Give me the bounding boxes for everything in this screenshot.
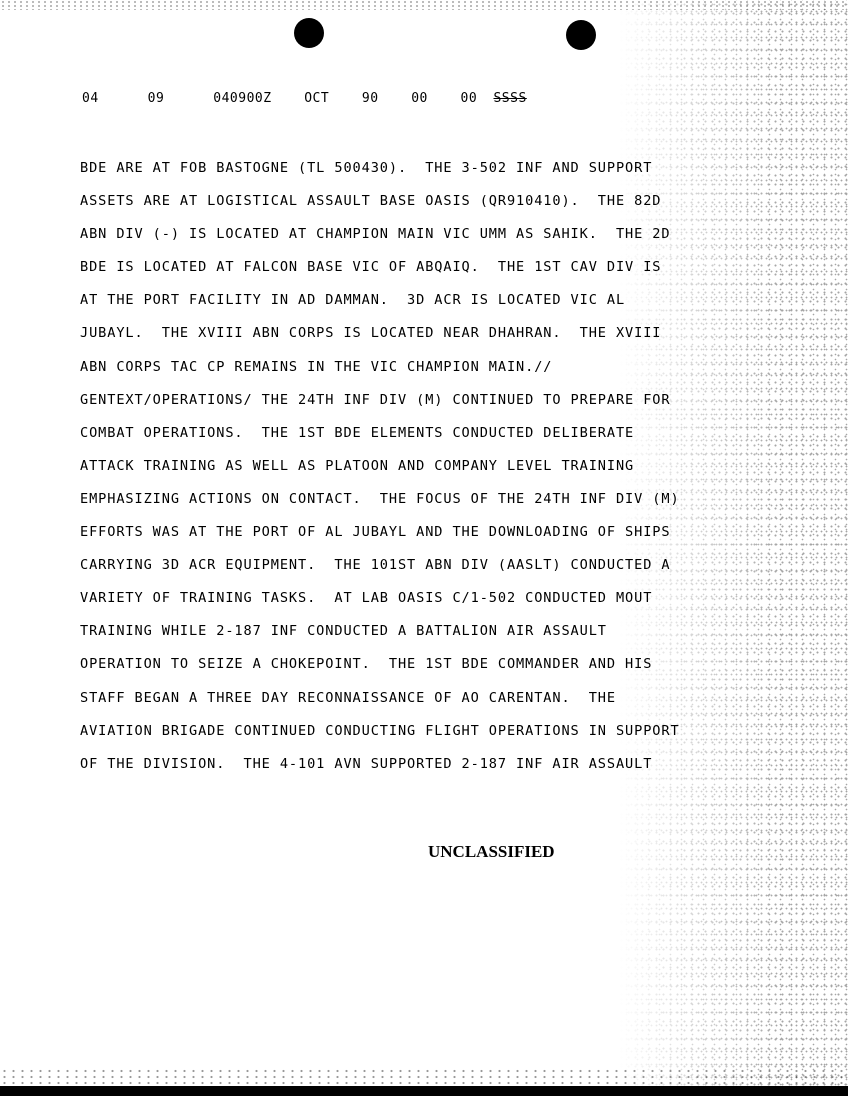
body-line: VARIETY OF TRAINING TASKS. AT LAB OASIS … [80,582,760,615]
body-line: ASSETS ARE AT LOGISTICAL ASSAULT BASE OA… [80,185,760,218]
body-line: EFFORTS WAS AT THE PORT OF AL JUBAYL AND… [80,516,760,549]
body-line: AT THE PORT FACILITY IN AD DAMMAN. 3D AC… [80,284,760,317]
body-line: BDE ARE AT FOB BASTOGNE (TL 500430). THE… [80,152,760,185]
header-field: 09 [148,91,165,106]
body-line: CARRYING 3D ACR EQUIPMENT. THE 101ST ABN… [80,549,760,582]
body-line: COMBAT OPERATIONS. THE 1ST BDE ELEMENTS … [80,417,760,450]
header-field: 00 [411,91,428,106]
message-body: BDE ARE AT FOB BASTOGNE (TL 500430). THE… [80,152,760,781]
header-field-month: OCT [304,91,329,106]
punch-hole-icon [566,20,596,50]
header-field: 00 [461,91,478,106]
body-line: ATTACK TRAINING AS WELL AS PLATOON AND C… [80,450,760,483]
body-line: BDE IS LOCATED AT FALCON BASE VIC OF ABQ… [80,251,760,284]
header-field-dtg: 040900Z [213,91,271,106]
body-line: GENTEXT/OPERATIONS/ THE 24TH INF DIV (M)… [80,384,760,417]
body-line: OPERATION TO SEIZE A CHOKEPOINT. THE 1ST… [80,648,760,681]
body-line: ABN DIV (-) IS LOCATED AT CHAMPION MAIN … [80,218,760,251]
header-struck-field: SSSS [493,91,526,106]
body-line: STAFF BEGAN A THREE DAY RECONNAISSANCE O… [80,682,760,715]
header-field: 04 [82,91,99,106]
classification-marking: UNCLASSIFIED [428,842,555,862]
body-line: AVIATION BRIGADE CONTINUED CONDUCTING FL… [80,715,760,748]
scan-bottom-edge [0,1086,848,1096]
body-line: JUBAYL. THE XVIII ABN CORPS IS LOCATED N… [80,317,760,350]
message-header-line: 04 09 040900Z OCT 90 00 00 SSSS [82,91,527,106]
body-line: EMPHASIZING ACTIONS ON CONTACT. THE FOCU… [80,483,760,516]
header-field-year: 90 [362,91,379,106]
body-line: TRAINING WHILE 2-187 INF CONDUCTED A BAT… [80,615,760,648]
body-line: OF THE DIVISION. THE 4-101 AVN SUPPORTED… [80,748,760,781]
punch-hole-icon [294,18,324,48]
body-line: ABN CORPS TAC CP REMAINS IN THE VIC CHAM… [80,351,760,384]
scan-noise-bottom [0,1068,848,1086]
scanned-document-page: 04 09 040900Z OCT 90 00 00 SSSS BDE ARE … [0,0,848,1096]
